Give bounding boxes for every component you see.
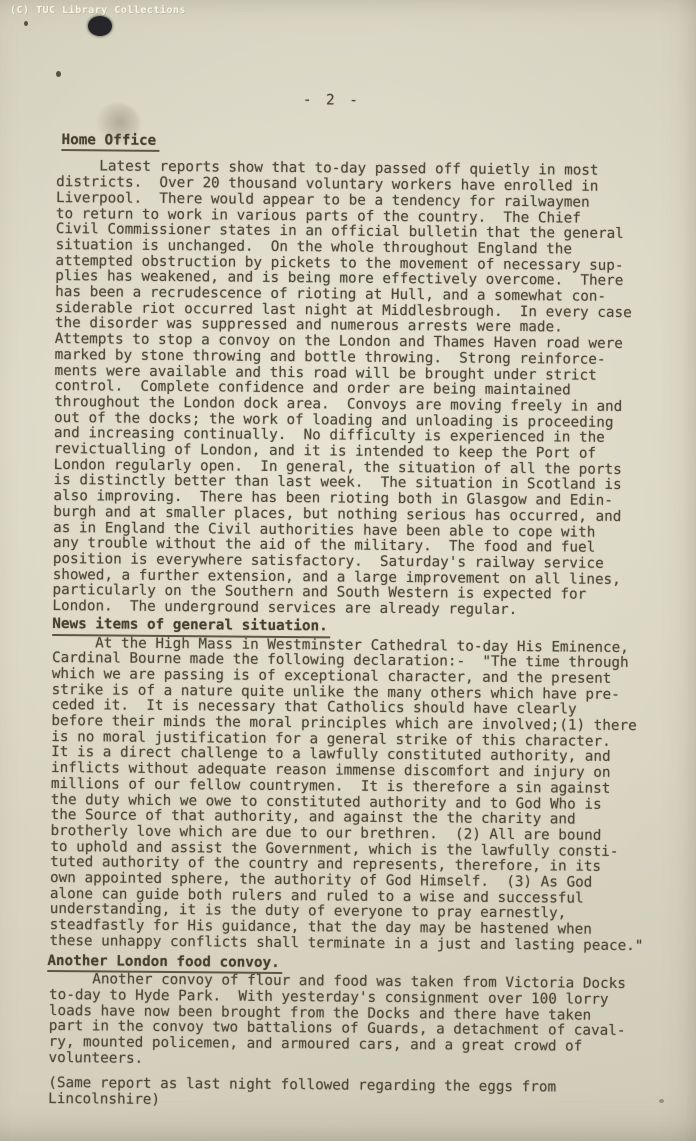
section-food-convoy: Another London food convoy. Another conv…	[48, 954, 689, 1073]
scanned-document-page: (C) TUC Library Collections - 2 - Home O…	[0, 0, 696, 1141]
section-heading-home-office: Home Office	[61, 133, 159, 153]
section-news-items: News items of general situation. At the …	[49, 617, 692, 955]
punch-hole	[88, 16, 112, 36]
ink-speck	[56, 71, 61, 77]
section-home-office: Home Office Latest reports show that to-…	[52, 133, 696, 621]
copyright-watermark: (C) TUC Library Collections	[10, 5, 186, 16]
page-number: - 2 -	[303, 93, 696, 112]
section-body-food-convoy: Another convoy of flour and food was tak…	[48, 972, 689, 1072]
section-body-home-office: Latest reports show that to-day passed o…	[52, 159, 696, 620]
section-body-news-items: At the High Mass in Westminster Cathedra…	[49, 635, 692, 955]
typed-content: - 2 - Home Office Latest reports show th…	[48, 85, 696, 1113]
footnote-note: (Same report as last night followed rega…	[48, 1076, 688, 1113]
ink-speck	[24, 21, 28, 26]
